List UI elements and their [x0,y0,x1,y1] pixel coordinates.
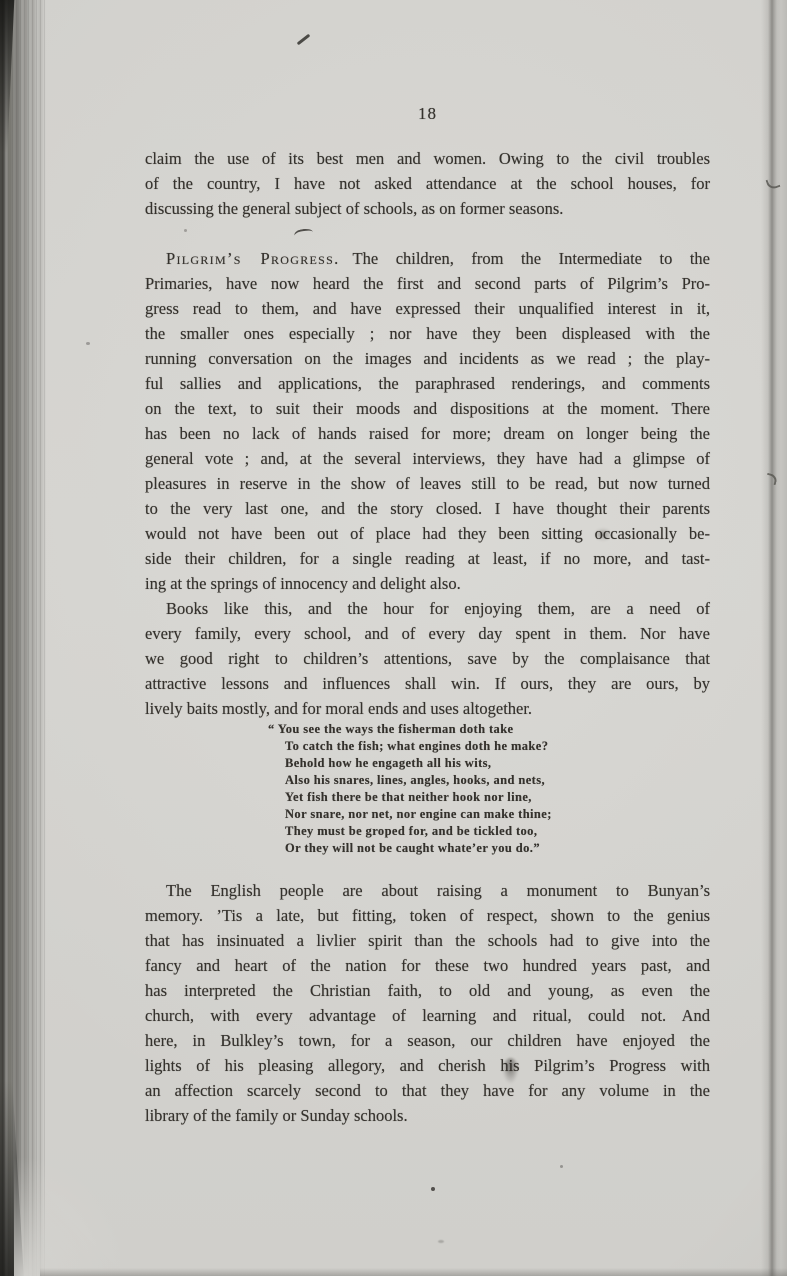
poem-line: Behold how he engageth all his wits, [145,755,710,772]
paragraph: Books like this, and the hour for enjoyi… [145,596,710,721]
page-curl-highlight [14,1156,124,1276]
text-line: running conversation on the images and i… [145,346,710,371]
text-line: on the text, to suit their moods and dis… [145,396,710,421]
text-line: The English people are about raising a m… [145,878,710,903]
section-heading: Pilgrim’s Progress. [166,249,340,268]
pen-mark-top [297,34,311,46]
page-bottom-edge [40,1268,787,1276]
text-line: we good right to children’s attentions, … [145,646,710,671]
text-line: memory. ’Tis a late, but fitting, token … [145,903,710,928]
text-line: lights of his pleasing allegory, and che… [145,1053,710,1078]
text-line: to the very last one, and the story clos… [145,496,710,521]
dust-speck [431,1187,435,1191]
poem-line: Nor snare, nor net, nor engine can make … [145,806,710,823]
dust-speck [86,342,90,345]
text-line: an affection scarcely second to that the… [145,1078,710,1103]
paragraph: Pilgrim’s Progress.The children, from th… [145,246,710,596]
poem-line: They must be groped for, and be tickled … [145,823,710,840]
text-line: side their children, for a single readin… [145,546,710,571]
text-line: Books like this, and the hour for enjoyi… [145,596,710,621]
text-line: lively baits mostly, and for moral ends … [145,696,710,721]
text-line: Primaries, have now heard the first and … [145,271,710,296]
text-line: every family, every school, and of every… [145,621,710,646]
text-line: attractive lessons and influences shall … [145,671,710,696]
text-line: gress read to them, and have expressed t… [145,296,710,321]
book-page-scan: 18 claim the use of its best men and wom… [0,0,787,1276]
text-block: claim the use of its best men and women.… [145,146,710,1128]
text-line: ing at the springs of innocency and deli… [145,571,710,596]
poem-line: Also his snares, lines, angles, hooks, a… [145,772,710,789]
text-line: church, with every advantage of learning… [145,1003,710,1028]
text-line: here, in Bulkley’s town, for a season, o… [145,1028,710,1053]
text-line: of the country, I have not asked attenda… [145,171,710,196]
dust-speck [438,1240,444,1243]
poem-line: Yet fish there be that neither hook nor … [145,789,710,806]
text-line: has interpreted the Christian faith, to … [145,978,710,1003]
text-line: general vote ; and, at the several inter… [145,446,710,471]
poem-block: “ You see the ways the fisherman doth ta… [145,721,710,857]
poem-line: “ You see the ways the fisherman doth ta… [145,721,710,738]
text-line: has been no lack of hands raised for mor… [145,421,710,446]
paragraph: claim the use of its best men and women.… [145,146,710,221]
paragraph: The English people are about raising a m… [145,878,710,1128]
page-right-edge [761,0,787,1276]
text-line: would not have been out of place had the… [145,521,710,546]
poem-line: Or they will not be caught whate’er you … [145,840,710,857]
text-line: ful sallies and applications, the paraph… [145,371,710,396]
dust-speck [560,1165,563,1168]
text-line: Pilgrim’s Progress.The children, from th… [145,246,710,271]
text-line: discussing the general subject of school… [145,196,710,221]
text-line: pleasures in reserve in the show of leav… [145,471,710,496]
text-line: fancy and heart of the nation for these … [145,953,710,978]
page-number: 18 [145,104,710,124]
text-line: library of the family or Sunday schools. [145,1103,710,1128]
text-line: claim the use of its best men and women.… [145,146,710,171]
text-line: that has insinuated a livlier spirit tha… [145,928,710,953]
poem-line: To catch the fish; what engines doth he … [145,738,710,755]
text-line: the smaller ones especially ; nor have t… [145,321,710,346]
